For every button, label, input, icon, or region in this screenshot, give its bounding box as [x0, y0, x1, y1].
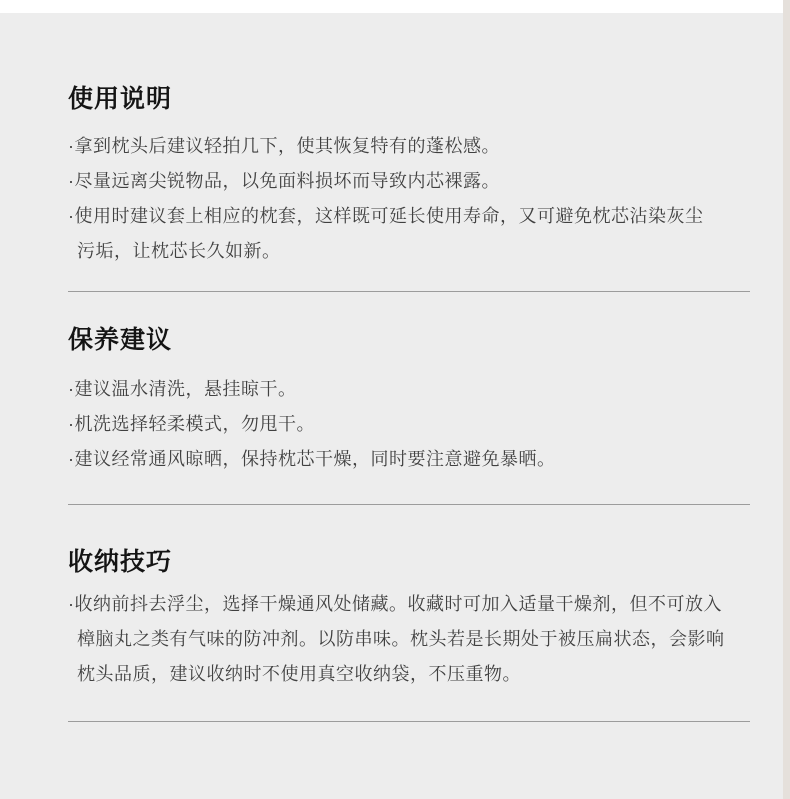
section-title-storage: 收纳技巧 [68, 547, 750, 577]
storage-item: ·收纳前抖去浮尘，选择干燥通风处储藏。收藏时可加入适量干燥剂，但不可放入 樟脑丸… [68, 587, 750, 692]
section-title-care: 保养建议 [68, 325, 750, 355]
usage-item: ·拿到枕头后建议轻拍几下，使其恢复特有的蓬松感。 [68, 129, 750, 164]
section-divider [68, 504, 750, 505]
section-divider [68, 721, 750, 722]
section-care: 保养建议 ·建议温水清洗，悬挂晾干。 ·机洗选择轻柔模式，勿甩干。 ·建议经常通… [68, 325, 750, 505]
section-usage: 使用说明 ·拿到枕头后建议轻拍几下，使其恢复特有的蓬松感。 ·尽量远离尖锐物品，… [68, 84, 750, 292]
usage-item-list: ·拿到枕头后建议轻拍几下，使其恢复特有的蓬松感。 ·尽量远离尖锐物品，以免面料损… [68, 129, 750, 269]
storage-item-list: ·收纳前抖去浮尘，选择干燥通风处储藏。收藏时可加入适量干燥剂，但不可放入 樟脑丸… [68, 587, 750, 692]
product-description-page: { "page": { "background_color": "#ededed… [0, 0, 790, 799]
section-storage: 收纳技巧 ·收纳前抖去浮尘，选择干燥通风处储藏。收藏时可加入适量干燥剂，但不可放… [68, 547, 750, 722]
care-item: ·机洗选择轻柔模式，勿甩干。 [68, 407, 750, 442]
care-item-list: ·建议温水清洗，悬挂晾干。 ·机洗选择轻柔模式，勿甩干。 ·建议经常通风晾晒，保… [68, 372, 750, 477]
section-title-usage: 使用说明 [68, 84, 750, 114]
scrollbar-track[interactable] [783, 0, 790, 799]
usage-item: ·使用时建议套上相应的枕套，这样既可延长使用寿命，又可避免枕芯沾染灰尘 污垢，让… [68, 199, 750, 269]
care-item: ·建议温水清洗，悬挂晾干。 [68, 372, 750, 407]
top-white-strip [0, 0, 790, 13]
care-item: ·建议经常通风晾晒，保持枕芯干燥，同时要注意避免暴晒。 [68, 442, 750, 477]
description-content: 使用说明 ·拿到枕头后建议轻拍几下，使其恢复特有的蓬松感。 ·尽量远离尖锐物品，… [68, 13, 750, 722]
usage-item: ·尽量远离尖锐物品，以免面料损坏而导致内芯裸露。 [68, 164, 750, 199]
section-divider [68, 291, 750, 292]
